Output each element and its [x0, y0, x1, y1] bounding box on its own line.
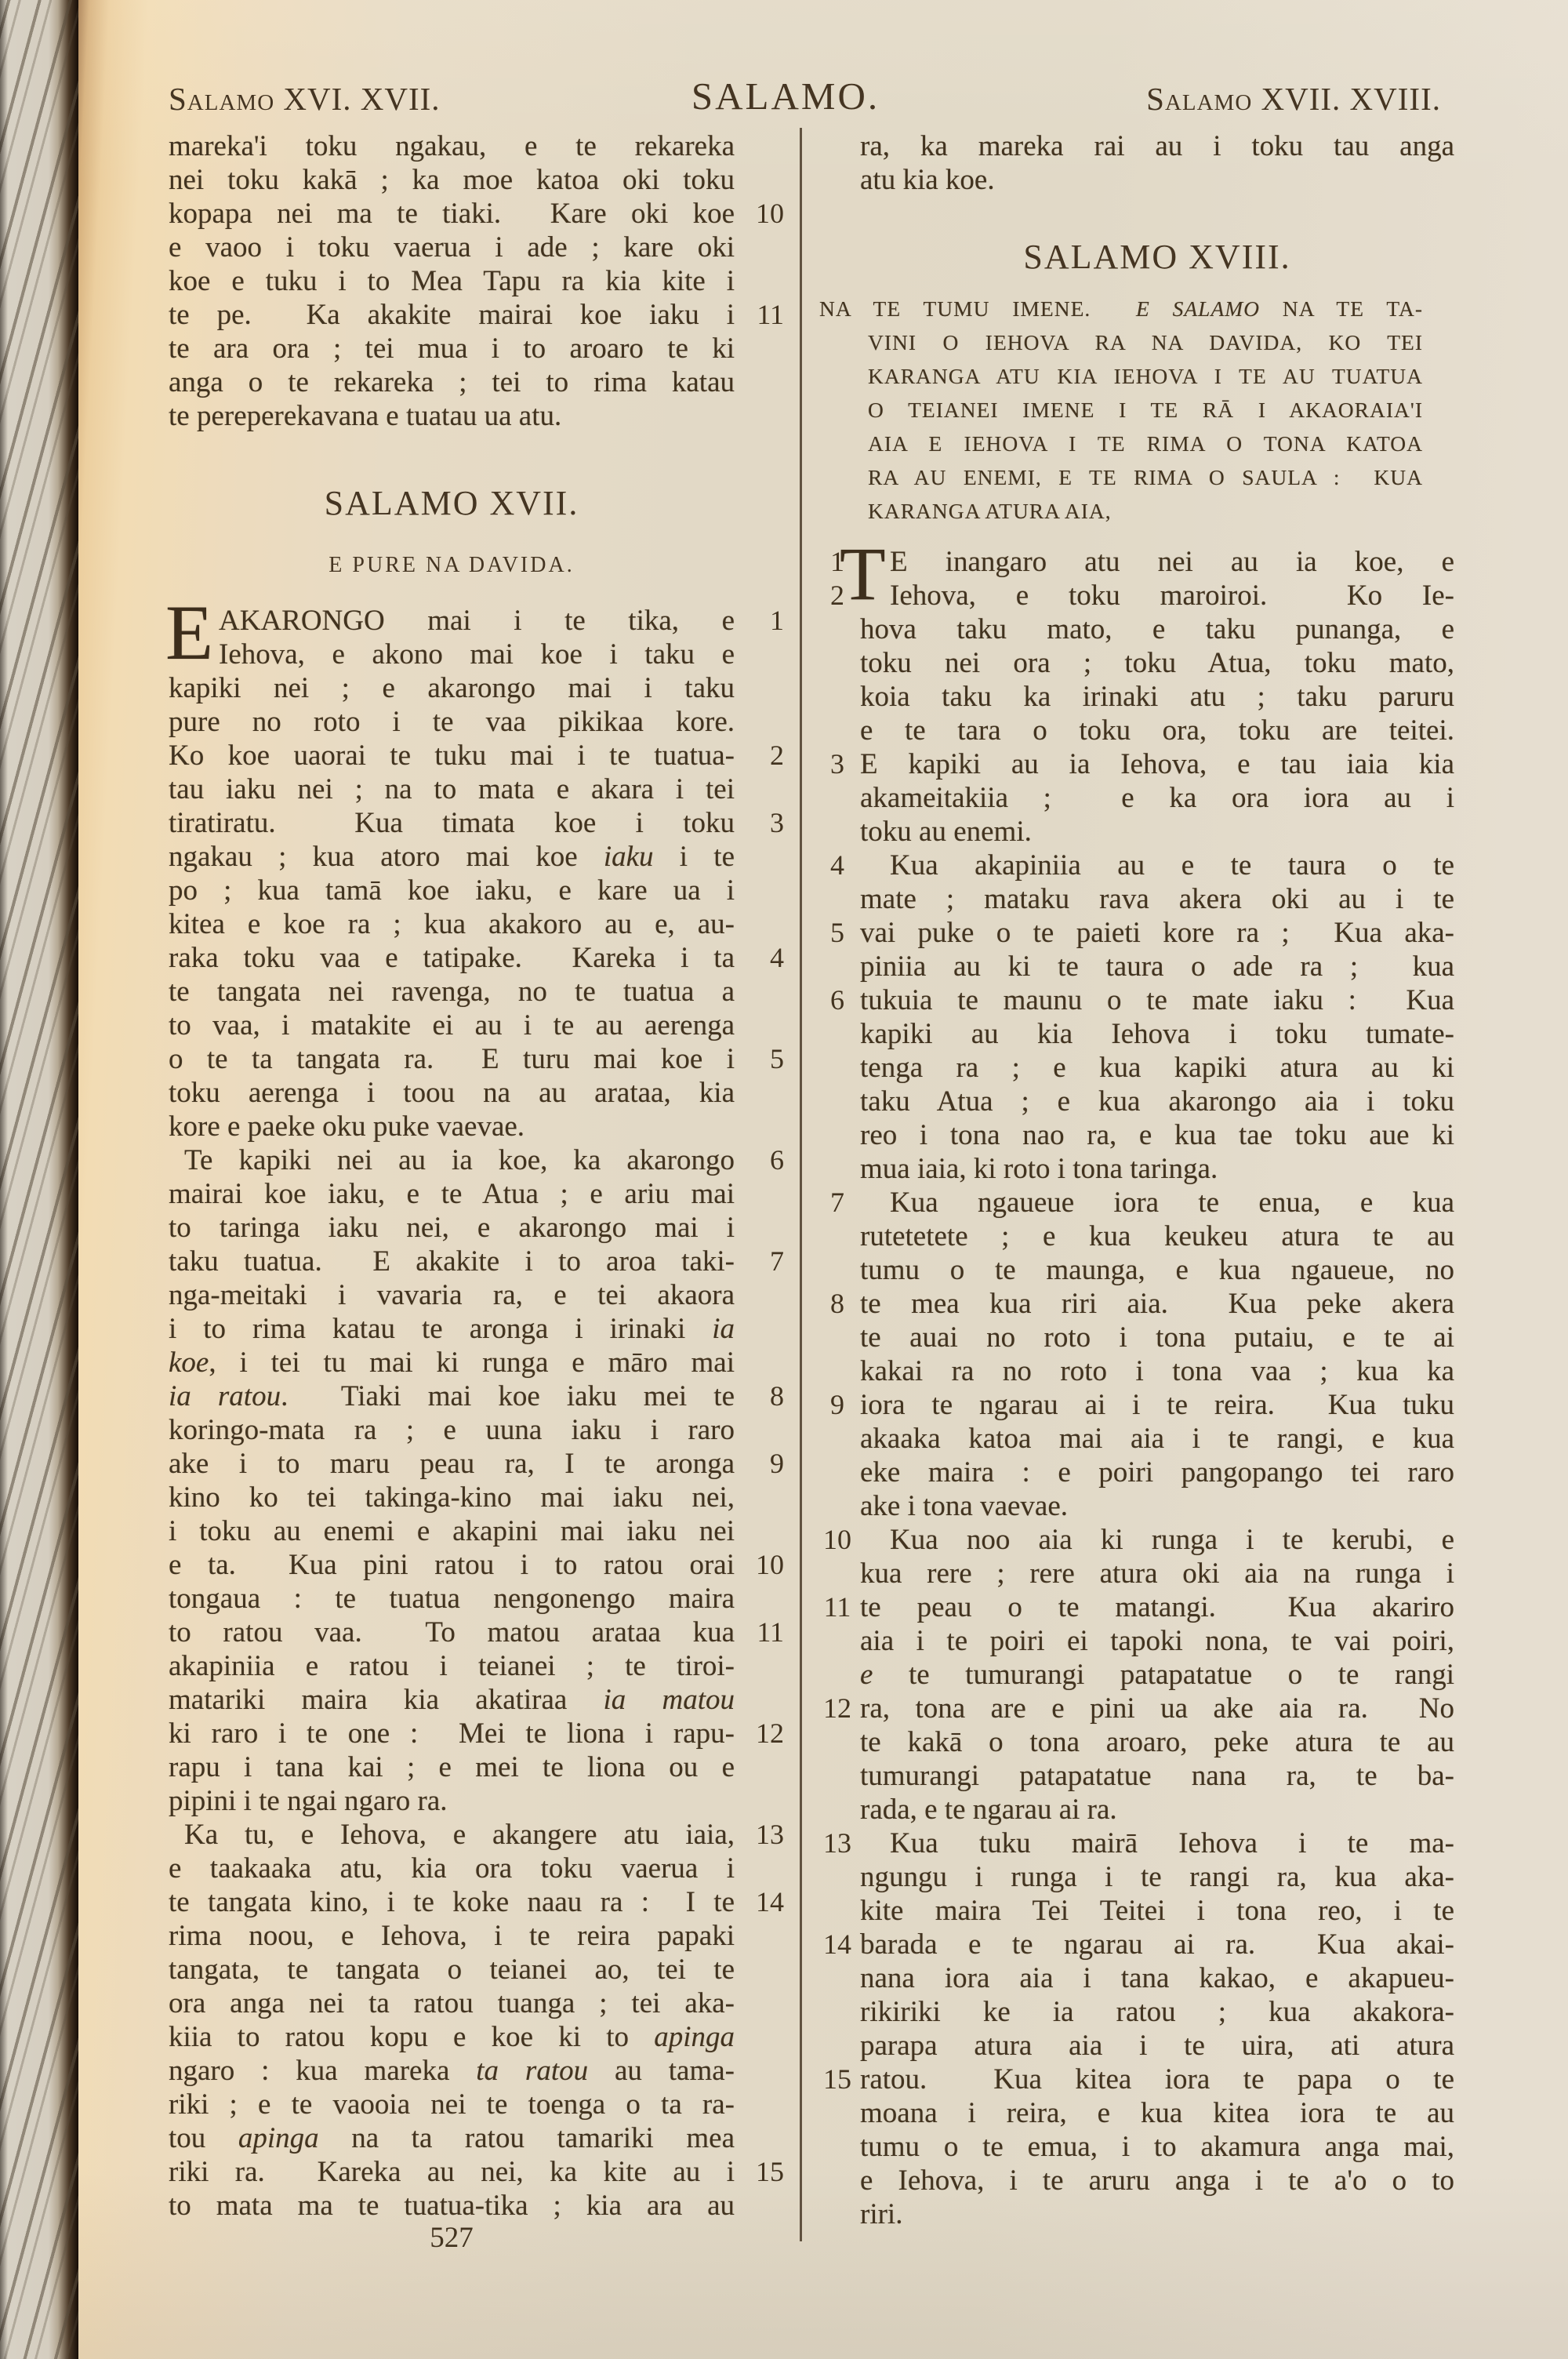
text-line: E kapiki au ia Iehova, e tau iaia kia3: [819, 747, 1454, 781]
line-text: te mea kua riri aia. Kua peke akera: [860, 1287, 1454, 1321]
line-text: kino ko tei takinga-kino mai iaku nei,: [169, 1481, 735, 1514]
text-line: te auai no roto i tona putaiu, e te ai: [819, 1321, 1454, 1354]
verse-number: 10: [819, 1523, 855, 1557]
line-text: te kakā o tona aroaro, peke atura te au: [860, 1725, 1454, 1759]
text-line: Te kapiki nei au ia koe, ka akarongo6: [169, 1143, 784, 1177]
text-line: ngungu i runga i te rangi ra, kua aka-: [819, 1860, 1454, 1894]
line-text: to taringa iaku nei, e akarongo mai i: [169, 1211, 735, 1245]
line-text: kiia to ratou kopu e koe ki to apinga: [169, 2020, 735, 2054]
text-line: e ta. Kua pini ratou i to ratou orai10: [169, 1548, 784, 1582]
text-line: tumu o te maunga, e kua ngaueue, no: [819, 1253, 1454, 1287]
text-line: akapiniia e ratou i teianei ; te tiroi-: [169, 1649, 784, 1683]
text-line: to taringa iaku nei, e akarongo mai i: [169, 1211, 784, 1245]
text-line: iora te ngarau ai i te reira. Kua tuku9: [819, 1388, 1454, 1422]
text-line: AIA E IEHOVA I TE RIMA O TONA KATOA: [819, 427, 1454, 460]
verse-number: 11: [737, 1616, 784, 1649]
text-line: VINI O IEHOVA RA NA DAVIDA, KO TEI: [819, 325, 1454, 359]
line-text: i toku au enemi e akapini mai iaku nei: [169, 1514, 735, 1548]
text-line: kore e paeke oku puke vaevae.: [169, 1110, 784, 1143]
verse-number: 8: [737, 1379, 784, 1413]
line-text: riri.: [860, 2197, 1454, 2231]
text-line: mairai koe iaku, e te Atua ; e ariu mai: [169, 1177, 784, 1211]
line-text: E kapiki au ia Iehova, e tau iaia kia: [860, 747, 1454, 781]
line-text: aia i te poiri ei tapoki nona, te vai po…: [860, 1624, 1454, 1658]
text-line: ngaro : kua mareka ta ratou au tama-: [169, 2054, 784, 2088]
verse-number: 11: [737, 298, 784, 332]
line-text: toku nei ora ; toku Atua, toku mato,: [860, 646, 1454, 680]
text-line: tukuia te maunu o te mate iaku : Kua6: [819, 983, 1454, 1017]
text-line: to mata ma te tuatua-tika ; kia ara au: [169, 2189, 784, 2223]
line-text: mua iaia, ki roto i tona taringa.: [860, 1152, 1454, 1186]
line-text: rutetetete ; e kua keukeu atura te au: [860, 1219, 1454, 1253]
text-line: vai puke o te paieti kore ra ; Kua aka-5: [819, 916, 1454, 950]
psalm-17-continuation: ra, ka mareka rai au i toku tau angaatu …: [819, 129, 1454, 197]
line-text: tongaua : te tuatua nengonengo maira: [169, 1582, 735, 1616]
text-line: toku au enemi.: [819, 815, 1454, 849]
text-line: parapa atura aia i te uira, ati atura: [819, 2029, 1454, 2063]
text-line: pure no roto i te vaa pikikaa kore.: [169, 705, 784, 739]
line-text: tou apinga na ta ratou tamariki mea: [169, 2121, 735, 2155]
text-line: te tangata nei ravenga, no te tuatua a: [169, 975, 784, 1009]
line-text: Ka tu, e Iehova, e akangere atu iaia,: [169, 1818, 735, 1852]
verse-number: 9: [737, 1447, 784, 1481]
text-line: ratou. Kua kitea iora te papa o te15: [819, 2063, 1454, 2096]
verse-number: 15: [819, 2063, 855, 2096]
scanned-page: Salamo XVI. XVII. SALAMO. Salamo XVII. X…: [78, 0, 1568, 2359]
line-text: mareka'i toku ngakau, e te rekareka: [169, 129, 735, 163]
right-column: ra, ka mareka rai au i toku tau angaatu …: [819, 0, 1454, 2359]
verse-number: 12: [737, 1717, 784, 1750]
line-text: piniia au ki te taura o ade ra ; kua: [860, 950, 1454, 983]
text-line: Kua ngaueue iora te enua, e kua7: [819, 1186, 1454, 1219]
verse-number: 8: [819, 1287, 855, 1321]
line-text: taku tuatua. E akakite i to aroa taki-: [169, 1245, 735, 1278]
line-text: tenga ra ; e kua kapiki atura au ki: [860, 1051, 1454, 1085]
text-line: te ara ora ; tei mua i to aroaro te ki: [169, 332, 784, 365]
book-gutter: [0, 0, 78, 2359]
line-text: RA AU ENEMI, E TE RIMA O SAULA : KUA: [819, 460, 1423, 494]
text-line: NA TE TUMU IMENE. E SALAMO NA TE TA-: [819, 292, 1454, 325]
text-line: tumurangi patapatatue nana ra, te ba-: [819, 1759, 1454, 1793]
text-line: nana iora aia i tana kakao, e akapueu-: [819, 1961, 1454, 1995]
line-text: tumurangi patapatatue nana ra, te ba-: [860, 1759, 1454, 1793]
line-text: kopapa nei ma te tiaki. Kare oki koe: [169, 197, 735, 231]
verse-number: 13: [819, 1826, 855, 1860]
line-text: kakai ra no roto i tona vaa ; kua ka: [860, 1354, 1454, 1388]
text-line: E inangaro atu nei au ia koe, e1: [819, 545, 1454, 579]
line-text: nga-meitaki i vavaria ra, e tei akaora: [169, 1278, 735, 1312]
line-text: e vaoo i toku vaerua i ade ; kare oki: [169, 231, 735, 264]
verse-number: 4: [819, 849, 855, 882]
line-text: te ara ora ; tei mua i to aroaro te ki: [169, 332, 735, 365]
verse-number: 7: [737, 1245, 784, 1278]
line-text: riki ; e te vaooia nei te toenga o ta ra…: [169, 2088, 735, 2121]
verse-number: 5: [737, 1042, 784, 1076]
verse-number: 11: [819, 1590, 855, 1624]
line-text: nei toku kakā ; ka moe katoa oki toku: [169, 163, 735, 197]
psalm-16-continuation: mareka'i toku ngakau, e te rekarekanei t…: [169, 129, 784, 433]
line-text: te peau o te matangi. Kua akariro: [860, 1590, 1454, 1624]
text-line: i to rima katau te aronga i irinaki ia: [169, 1312, 784, 1346]
text-line: e Iehova, i te aruru anga i te a'o o to: [819, 2164, 1454, 2197]
line-text: ki raro i te one : Mei te liona i rapu-: [169, 1717, 735, 1750]
line-text: tau iaku nei ; na to mata e akara i tei: [169, 772, 735, 806]
text-line: pipini i te ngai ngaro ra.: [169, 1784, 784, 1818]
line-text: ra, ka mareka rai au i toku tau anga: [860, 129, 1454, 163]
line-text: tukuia te maunu o te mate iaku : Kua: [860, 983, 1454, 1017]
verse-number: 10: [737, 197, 784, 231]
text-line: tenga ra ; e kua kapiki atura au ki: [819, 1051, 1454, 1085]
line-text: Ko koe uaorai te tuku mai i te tuatua-: [169, 739, 735, 772]
text-line: to vaa, i matakite ei au i te au aerenga: [169, 1009, 784, 1042]
text-line: riki ra. Kareka au nei, ka kite au i15: [169, 2155, 784, 2189]
page-number: 527: [169, 2221, 735, 2255]
text-line: e vaoo i toku vaerua i ade ; kare oki: [169, 231, 784, 264]
line-text: po ; kua tamā koe iaku, e kare ua i: [169, 874, 735, 907]
line-text: kapiki au kia Iehova i toku tumate-: [860, 1017, 1454, 1051]
text-line: kitea e koe ra ; kua akakoro au e, au-: [169, 907, 784, 941]
line-text: te pereperekavana e tuatau ua atu.: [169, 399, 735, 433]
line-text: akameitakiia ; e ka ora iora au i: [860, 781, 1454, 815]
text-line: riki ; e te vaooia nei te toenga o ta ra…: [169, 2088, 784, 2121]
line-text: e te tumurangi patapatatue o te rangi: [860, 1658, 1454, 1692]
line-text: o te ta tangata ra. E turu mai koe i: [169, 1042, 735, 1076]
line-text: akapiniia e ratou i teianei ; te tiroi-: [169, 1649, 735, 1683]
line-text: Kua noo aia ki runga i te kerubi, e: [860, 1523, 1454, 1557]
psalm-18-text: T E inangaro atu nei au ia koe, e1Iehova…: [819, 545, 1454, 2231]
line-text: tiratiratu. Kua timata koe i toku: [169, 806, 735, 840]
text-line: e taakaaka atu, kia ora toku vaerua i: [169, 1852, 784, 1885]
line-text: KARANGA ATU KIA IEHOVA I TE AU TUATUA: [819, 359, 1423, 393]
text-line: koe, i tei tu mai ki runga e māro mai: [169, 1346, 784, 1379]
text-line: koe e tuku i to Mea Tapu ra kia kite i: [169, 264, 784, 298]
text-line: tangata, te tangata o teianei ao, tei te: [169, 1953, 784, 1986]
line-text: i to rima katau te aronga i irinaki ia: [169, 1312, 735, 1346]
verse-number: 10: [737, 1548, 784, 1582]
line-text: e Iehova, i te aruru anga i te a'o o to: [860, 2164, 1454, 2197]
verse-number: 9: [819, 1388, 855, 1422]
line-text: koia taku ka irinaki atu ; taku paruru: [860, 680, 1454, 714]
column-divider: [800, 128, 802, 2241]
line-text: rima noou, e Iehova, i te reira papaki: [169, 1919, 735, 1953]
line-text: AIA E IEHOVA I TE RIMA O TONA KATOA: [819, 427, 1423, 460]
line-text: Te kapiki nei au ia koe, ka akarongo: [169, 1143, 735, 1177]
text-line: ki raro i te one : Mei te liona i rapu-1…: [169, 1717, 784, 1750]
text-line: piniia au ki te taura o ade ra ; kua: [819, 950, 1454, 983]
text-line: kino ko tei takinga-kino mai iaku nei,: [169, 1481, 784, 1514]
text-line: kite maira Tei Teitei i tona reo, i te: [819, 1894, 1454, 1928]
text-line: kapiki au kia Iehova i toku tumate-: [819, 1017, 1454, 1051]
psalm-17-text: E AKARONGO mai i te tika, e1Iehova, e ak…: [169, 604, 784, 2223]
text-line: eke maira : e poiri pangopango tei raro: [819, 1456, 1454, 1489]
line-text: VINI O IEHOVA RA NA DAVIDA, KO TEI: [819, 325, 1423, 359]
text-line: ia ratou. Tiaki mai koe iaku mei te8: [169, 1379, 784, 1413]
verse-number: 2: [819, 579, 855, 612]
line-text: KARANGA ATURA AIA,: [819, 494, 1423, 528]
text-line: taku Atua ; e kua akarongo aia i toku: [819, 1085, 1454, 1118]
line-text: Iehova, e akono mai koe i taku e: [169, 638, 735, 671]
line-text: tumu o te emua, i to akamura anga mai,: [860, 2130, 1454, 2164]
line-text: mairai koe iaku, e te Atua ; e ariu mai: [169, 1177, 735, 1211]
text-line: ra, ka mareka rai au i toku tau anga: [819, 129, 1454, 163]
text-line: tiratiratu. Kua timata koe i toku3: [169, 806, 784, 840]
text-line: tou apinga na ta ratou tamariki mea: [169, 2121, 784, 2155]
text-line: moana i reira, e kua kitea iora te au: [819, 2096, 1454, 2130]
line-text: kore e paeke oku puke vaevae.: [169, 1110, 735, 1143]
text-line: akaaka katoa mai aia i te rangi, e kua: [819, 1422, 1454, 1456]
line-text: kua rere ; rere atura oki aia na runga i: [860, 1557, 1454, 1590]
text-line: matariki maira kia akatiraa ia matou: [169, 1683, 784, 1717]
text-line: koringo-mata ra ; e uuna iaku i raro: [169, 1413, 784, 1447]
line-text: nana iora aia i tana kakao, e akapueu-: [860, 1961, 1454, 1995]
text-line: akameitakiia ; e ka ora iora au i: [819, 781, 1454, 815]
text-line: raka toku vaa e tatipake. Kareka i ta4: [169, 941, 784, 975]
psalm-18-heading: SALAMO XVIII.: [860, 240, 1454, 274]
text-line: taku tuatua. E akakite i to aroa taki-7: [169, 1245, 784, 1278]
text-line: Kua akapiniia au e te taura o te4: [819, 849, 1454, 882]
text-line: anga o te rekareka ; tei to rima katau: [169, 365, 784, 399]
verse-number: 14: [737, 1885, 784, 1919]
line-text: ngakau ; kua atoro mai koe iaku i te: [169, 840, 735, 874]
verse-number: 2: [737, 739, 784, 772]
line-text: akaaka katoa mai aia i te rangi, e kua: [860, 1422, 1454, 1456]
text-line: te tangata kino, i te koke naau ra : I t…: [169, 1885, 784, 1919]
verse-number: 4: [737, 941, 784, 975]
line-text: ngaro : kua mareka ta ratou au tama-: [169, 2054, 735, 2088]
text-line: KARANGA ATU KIA IEHOVA I TE AU TUATUA: [819, 359, 1454, 393]
line-text: pure no roto i te vaa pikikaa kore.: [169, 705, 735, 739]
text-line: te pe. Ka akakite mairai koe iaku i11: [169, 298, 784, 332]
verse-number: 3: [737, 806, 784, 840]
text-line: RA AU ENEMI, E TE RIMA O SAULA : KUA: [819, 460, 1454, 494]
text-line: rutetetete ; e kua keukeu atura te au: [819, 1219, 1454, 1253]
text-line: kopapa nei ma te tiaki. Kare oki koe10: [169, 197, 784, 231]
line-text: Kua akapiniia au e te taura o te: [860, 849, 1454, 882]
line-text: mate ; mataku rava akera oki au i te: [860, 882, 1454, 916]
text-line: tau iaku nei ; na to mata e akara i tei: [169, 772, 784, 806]
line-text: pipini i te ngai ngaro ra.: [169, 1784, 735, 1818]
verse-number: 1: [819, 545, 855, 579]
line-text: reo i tona nao ra, e kua tae toku aue ki: [860, 1118, 1454, 1152]
text-line: hova taku mato, e taku punanga, e: [819, 612, 1454, 646]
verse-number: 15: [737, 2155, 784, 2189]
line-text: tumu o te maunga, e kua ngaueue, no: [860, 1253, 1454, 1287]
line-text: koringo-mata ra ; e uuna iaku i raro: [169, 1413, 735, 1447]
line-text: ake i tona vaevae.: [860, 1489, 1454, 1523]
verse-number: 14: [819, 1928, 855, 1961]
text-line: kiia to ratou kopu e koe ki to apinga: [169, 2020, 784, 2054]
verse-number: 6: [737, 1143, 784, 1177]
line-text: rapu i tana kai ; e mei te liona ou e: [169, 1750, 735, 1784]
line-text: rikiriki ke ia ratou ; kua akakora-: [860, 1995, 1454, 2029]
line-text: kitea e koe ra ; kua akakoro au e, au-: [169, 907, 735, 941]
text-line: to ratou vaa. To matou arataa kua11: [169, 1616, 784, 1649]
line-text: e te tara o toku ora, toku are teitei.: [860, 714, 1454, 747]
text-line: barada e te ngarau ai ra. Kua akai-14: [819, 1928, 1454, 1961]
line-text: hova taku mato, e taku punanga, e: [860, 612, 1454, 646]
text-line: koia taku ka irinaki atu ; taku paruru: [819, 680, 1454, 714]
line-text: kite maira Tei Teitei i tona reo, i te: [860, 1894, 1454, 1928]
line-text: rada, e te ngarau ai ra.: [860, 1793, 1454, 1826]
text-line: Iehova, e akono mai koe i taku e: [169, 638, 784, 671]
line-text: O TEIANEI IMENE I TE RĀ I AKAORAIA'I: [819, 393, 1423, 427]
text-line: ra, tona are e pini ua ake aia ra. No12: [819, 1692, 1454, 1725]
line-text: te tangata nei ravenga, no te tuatua a: [169, 975, 735, 1009]
text-line: O TEIANEI IMENE I TE RĀ I AKAORAIA'I: [819, 393, 1454, 427]
text-line: Kua noo aia ki runga i te kerubi, e10: [819, 1523, 1454, 1557]
psalm-17-heading: SALAMO XVII.: [169, 486, 735, 521]
text-line: Kua tuku mairā Iehova i te ma-13: [819, 1826, 1454, 1860]
text-line: te kakā o tona aroaro, peke atura te au: [819, 1725, 1454, 1759]
text-line: AKARONGO mai i te tika, e1: [169, 604, 784, 638]
line-text: eke maira : e poiri pangopango tei raro: [860, 1456, 1454, 1489]
line-text: tangata, te tangata o teianei ao, tei te: [169, 1953, 735, 1986]
line-text: Kua ngaueue iora te enua, e kua: [860, 1186, 1454, 1219]
text-line: kapiki nei ; e akarongo mai i taku: [169, 671, 784, 705]
text-line: aia i te poiri ei tapoki nona, te vai po…: [819, 1624, 1454, 1658]
text-line: atu kia koe.: [819, 163, 1454, 197]
line-text: ratou. Kua kitea iora te papa o te: [860, 2063, 1454, 2096]
line-text: to ratou vaa. To matou arataa kua: [169, 1616, 735, 1649]
line-text: atu kia koe.: [860, 163, 1454, 197]
line-text: parapa atura aia i te uira, ati atura: [860, 2029, 1454, 2063]
text-line: Iehova, e toku maroiroi. Ko Ie-2: [819, 579, 1454, 612]
psalm-18-superscription: NA TE TUMU IMENE. E SALAMO NA TE TA-VINI…: [819, 292, 1454, 528]
verse-number: 7: [819, 1186, 855, 1219]
verse-number: 3: [819, 747, 855, 781]
line-text: te auai no roto i tona putaiu, e te ai: [860, 1321, 1454, 1354]
text-line: ngakau ; kua atoro mai koe iaku i te: [169, 840, 784, 874]
line-text: moana i reira, e kua kitea iora te au: [860, 2096, 1454, 2130]
text-line: mareka'i toku ngakau, e te rekareka: [169, 129, 784, 163]
text-line: mua iaia, ki roto i tona taringa.: [819, 1152, 1454, 1186]
text-line: KARANGA ATURA AIA,: [819, 494, 1454, 528]
line-text: ora anga nei ta ratou tuanga ; tei aka-: [169, 1986, 735, 2020]
text-line: e te tara o toku ora, toku are teitei.: [819, 714, 1454, 747]
text-line: tongaua : te tuatua nengonengo maira: [169, 1582, 784, 1616]
text-line: e te tumurangi patapatatue o te rangi: [819, 1658, 1454, 1692]
line-text: te pe. Ka akakite mairai koe iaku i: [169, 298, 735, 332]
line-text: e ta. Kua pini ratou i to ratou orai: [169, 1548, 735, 1582]
text-line: te mea kua riri aia. Kua peke akera8: [819, 1287, 1454, 1321]
text-line: rapu i tana kai ; e mei te liona ou e: [169, 1750, 784, 1784]
line-text: E inangaro atu nei au ia koe, e: [860, 545, 1454, 579]
text-line: riri.: [819, 2197, 1454, 2231]
line-text: NA TE TUMU IMENE. E SALAMO NA TE TA-: [819, 292, 1423, 325]
line-text: Kua tuku mairā Iehova i te ma-: [860, 1826, 1454, 1860]
line-text: ngungu i runga i te rangi ra, kua aka-: [860, 1860, 1454, 1894]
line-text: toku aerenga i toou na au arataa, kia: [169, 1076, 735, 1110]
text-line: i toku au enemi e akapini mai iaku nei: [169, 1514, 784, 1548]
text-line: toku aerenga i toou na au arataa, kia: [169, 1076, 784, 1110]
line-text: anga o te rekareka ; tei to rima katau: [169, 365, 735, 399]
line-text: kapiki nei ; e akarongo mai i taku: [169, 671, 735, 705]
line-text: Iehova, e toku maroiroi. Ko Ie-: [860, 579, 1454, 612]
line-text: e taakaaka atu, kia ora toku vaerua i: [169, 1852, 735, 1885]
line-text: ake i to maru peau ra, I te aronga: [169, 1447, 735, 1481]
text-line: kua rere ; rere atura oki aia na runga i: [819, 1557, 1454, 1590]
text-line: te pereperekavana e tuatau ua atu.: [169, 399, 784, 433]
line-text: riki ra. Kareka au nei, ka kite au i: [169, 2155, 735, 2189]
line-text: iora te ngarau ai i te reira. Kua tuku: [860, 1388, 1454, 1422]
text-line: toku nei ora ; toku Atua, toku mato,: [819, 646, 1454, 680]
verse-number: 5: [819, 916, 855, 950]
line-text: taku Atua ; e kua akarongo aia i toku: [860, 1085, 1454, 1118]
line-text: to mata ma te tuatua-tika ; kia ara au: [169, 2189, 735, 2223]
text-line: po ; kua tamā koe iaku, e kare ua i: [169, 874, 784, 907]
text-line: reo i tona nao ra, e kua tae toku aue ki: [819, 1118, 1454, 1152]
text-line: rima noou, e Iehova, i te reira papaki: [169, 1919, 784, 1953]
text-line: nei toku kakā ; ka moe katoa oki toku: [169, 163, 784, 197]
text-line: ake i tona vaevae.: [819, 1489, 1454, 1523]
text-line: Ka tu, e Iehova, e akangere atu iaia,13: [169, 1818, 784, 1852]
line-text: vai puke o te paieti kore ra ; Kua aka-: [860, 916, 1454, 950]
verse-number: 1: [737, 604, 784, 638]
text-line: mate ; mataku rava akera oki au i te: [819, 882, 1454, 916]
verse-number: 12: [819, 1692, 855, 1725]
psalm-17-subtitle: E PURE NA DAVIDA.: [169, 554, 735, 577]
text-line: nga-meitaki i vavaria ra, e tei akaora: [169, 1278, 784, 1312]
verse-number: 13: [737, 1818, 784, 1852]
left-column: mareka'i toku ngakau, e te rekarekanei t…: [169, 0, 784, 2359]
text-line: ake i to maru peau ra, I te aronga9: [169, 1447, 784, 1481]
line-text: ia ratou. Tiaki mai koe iaku mei te: [169, 1379, 735, 1413]
line-text: koe e tuku i to Mea Tapu ra kia kite i: [169, 264, 735, 298]
text-line: Ko koe uaorai te tuku mai i te tuatua-2: [169, 739, 784, 772]
text-line: o te ta tangata ra. E turu mai koe i5: [169, 1042, 784, 1076]
line-text: toku au enemi.: [860, 815, 1454, 849]
line-text: to vaa, i matakite ei au i te au aerenga: [169, 1009, 735, 1042]
text-line: ora anga nei ta ratou tuanga ; tei aka-: [169, 1986, 784, 2020]
line-text: raka toku vaa e tatipake. Kareka i ta: [169, 941, 735, 975]
text-line: tumu o te emua, i to akamura anga mai,: [819, 2130, 1454, 2164]
line-text: ra, tona are e pini ua ake aia ra. No: [860, 1692, 1454, 1725]
text-line: kakai ra no roto i tona vaa ; kua ka: [819, 1354, 1454, 1388]
line-text: koe, i tei tu mai ki runga e māro mai: [169, 1346, 735, 1379]
line-text: AKARONGO mai i te tika, e: [169, 604, 735, 638]
verse-number: 6: [819, 983, 855, 1017]
text-line: rada, e te ngarau ai ra.: [819, 1793, 1454, 1826]
text-line: rikiriki ke ia ratou ; kua akakora-: [819, 1995, 1454, 2029]
line-text: barada e te ngarau ai ra. Kua akai-: [860, 1928, 1454, 1961]
text-line: te peau o te matangi. Kua akariro11: [819, 1590, 1454, 1624]
line-text: matariki maira kia akatiraa ia matou: [169, 1683, 735, 1717]
line-text: te tangata kino, i te koke naau ra : I t…: [169, 1885, 735, 1919]
